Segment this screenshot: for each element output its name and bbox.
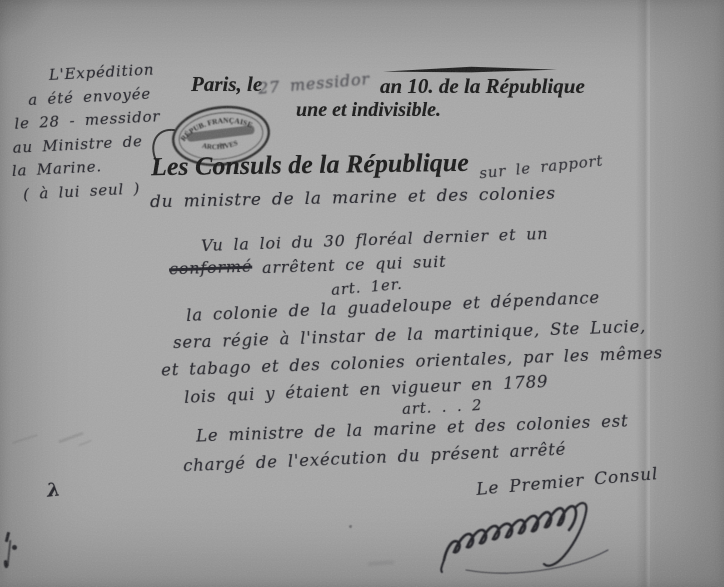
dateline-handwritten-date: 27 messidor [257, 69, 370, 98]
photograph-manuscript-decree: L'Expédition a été envoyée le 28 - messi… [0, 0, 724, 587]
heading-sur-le-rapport: sur le rapport [478, 152, 604, 183]
ink-blot [12, 545, 17, 550]
preamble-struck-word: conformé [169, 257, 253, 279]
preamble-line-2: arrêtent ce qui suit [262, 252, 447, 277]
heading-ministre-line: du ministre de la marine et des colonies [150, 184, 556, 212]
article-2-label: art. . . 2 [402, 396, 483, 418]
dateline-an-10: an 10. de la République [380, 74, 585, 99]
dateline-une-et-indivisible: une et indivisible. [296, 99, 441, 122]
article-1-line: lois qui y étaient en vigueur en 1789 [184, 372, 549, 407]
right-edge-shade [650, 0, 724, 587]
pencil-mark [78, 439, 92, 446]
corner-shadow [0, 0, 70, 58]
pencil-mark [58, 432, 83, 444]
paper-fold-line [636, 0, 656, 587]
heading-les-consuls: Les Consuls de la République [151, 148, 469, 182]
archival-margin-note: L'Expédition a été envoyée le 28 - messi… [6, 58, 168, 207]
article-2-line: chargé de l'exécution du présent arrêté [183, 440, 567, 476]
preamble-line-1: Vu la loi du 30 floréal dernier et un [201, 224, 549, 255]
lambda-margin-mark: λ [46, 478, 62, 501]
article-1-label: art. 1er. [330, 275, 403, 299]
signature-bonaparte [436, 494, 632, 578]
pencil-mark [12, 434, 37, 444]
smudge [368, 560, 394, 566]
ink-dot [349, 525, 352, 528]
dateline-paris-le: Paris, le [191, 72, 262, 97]
